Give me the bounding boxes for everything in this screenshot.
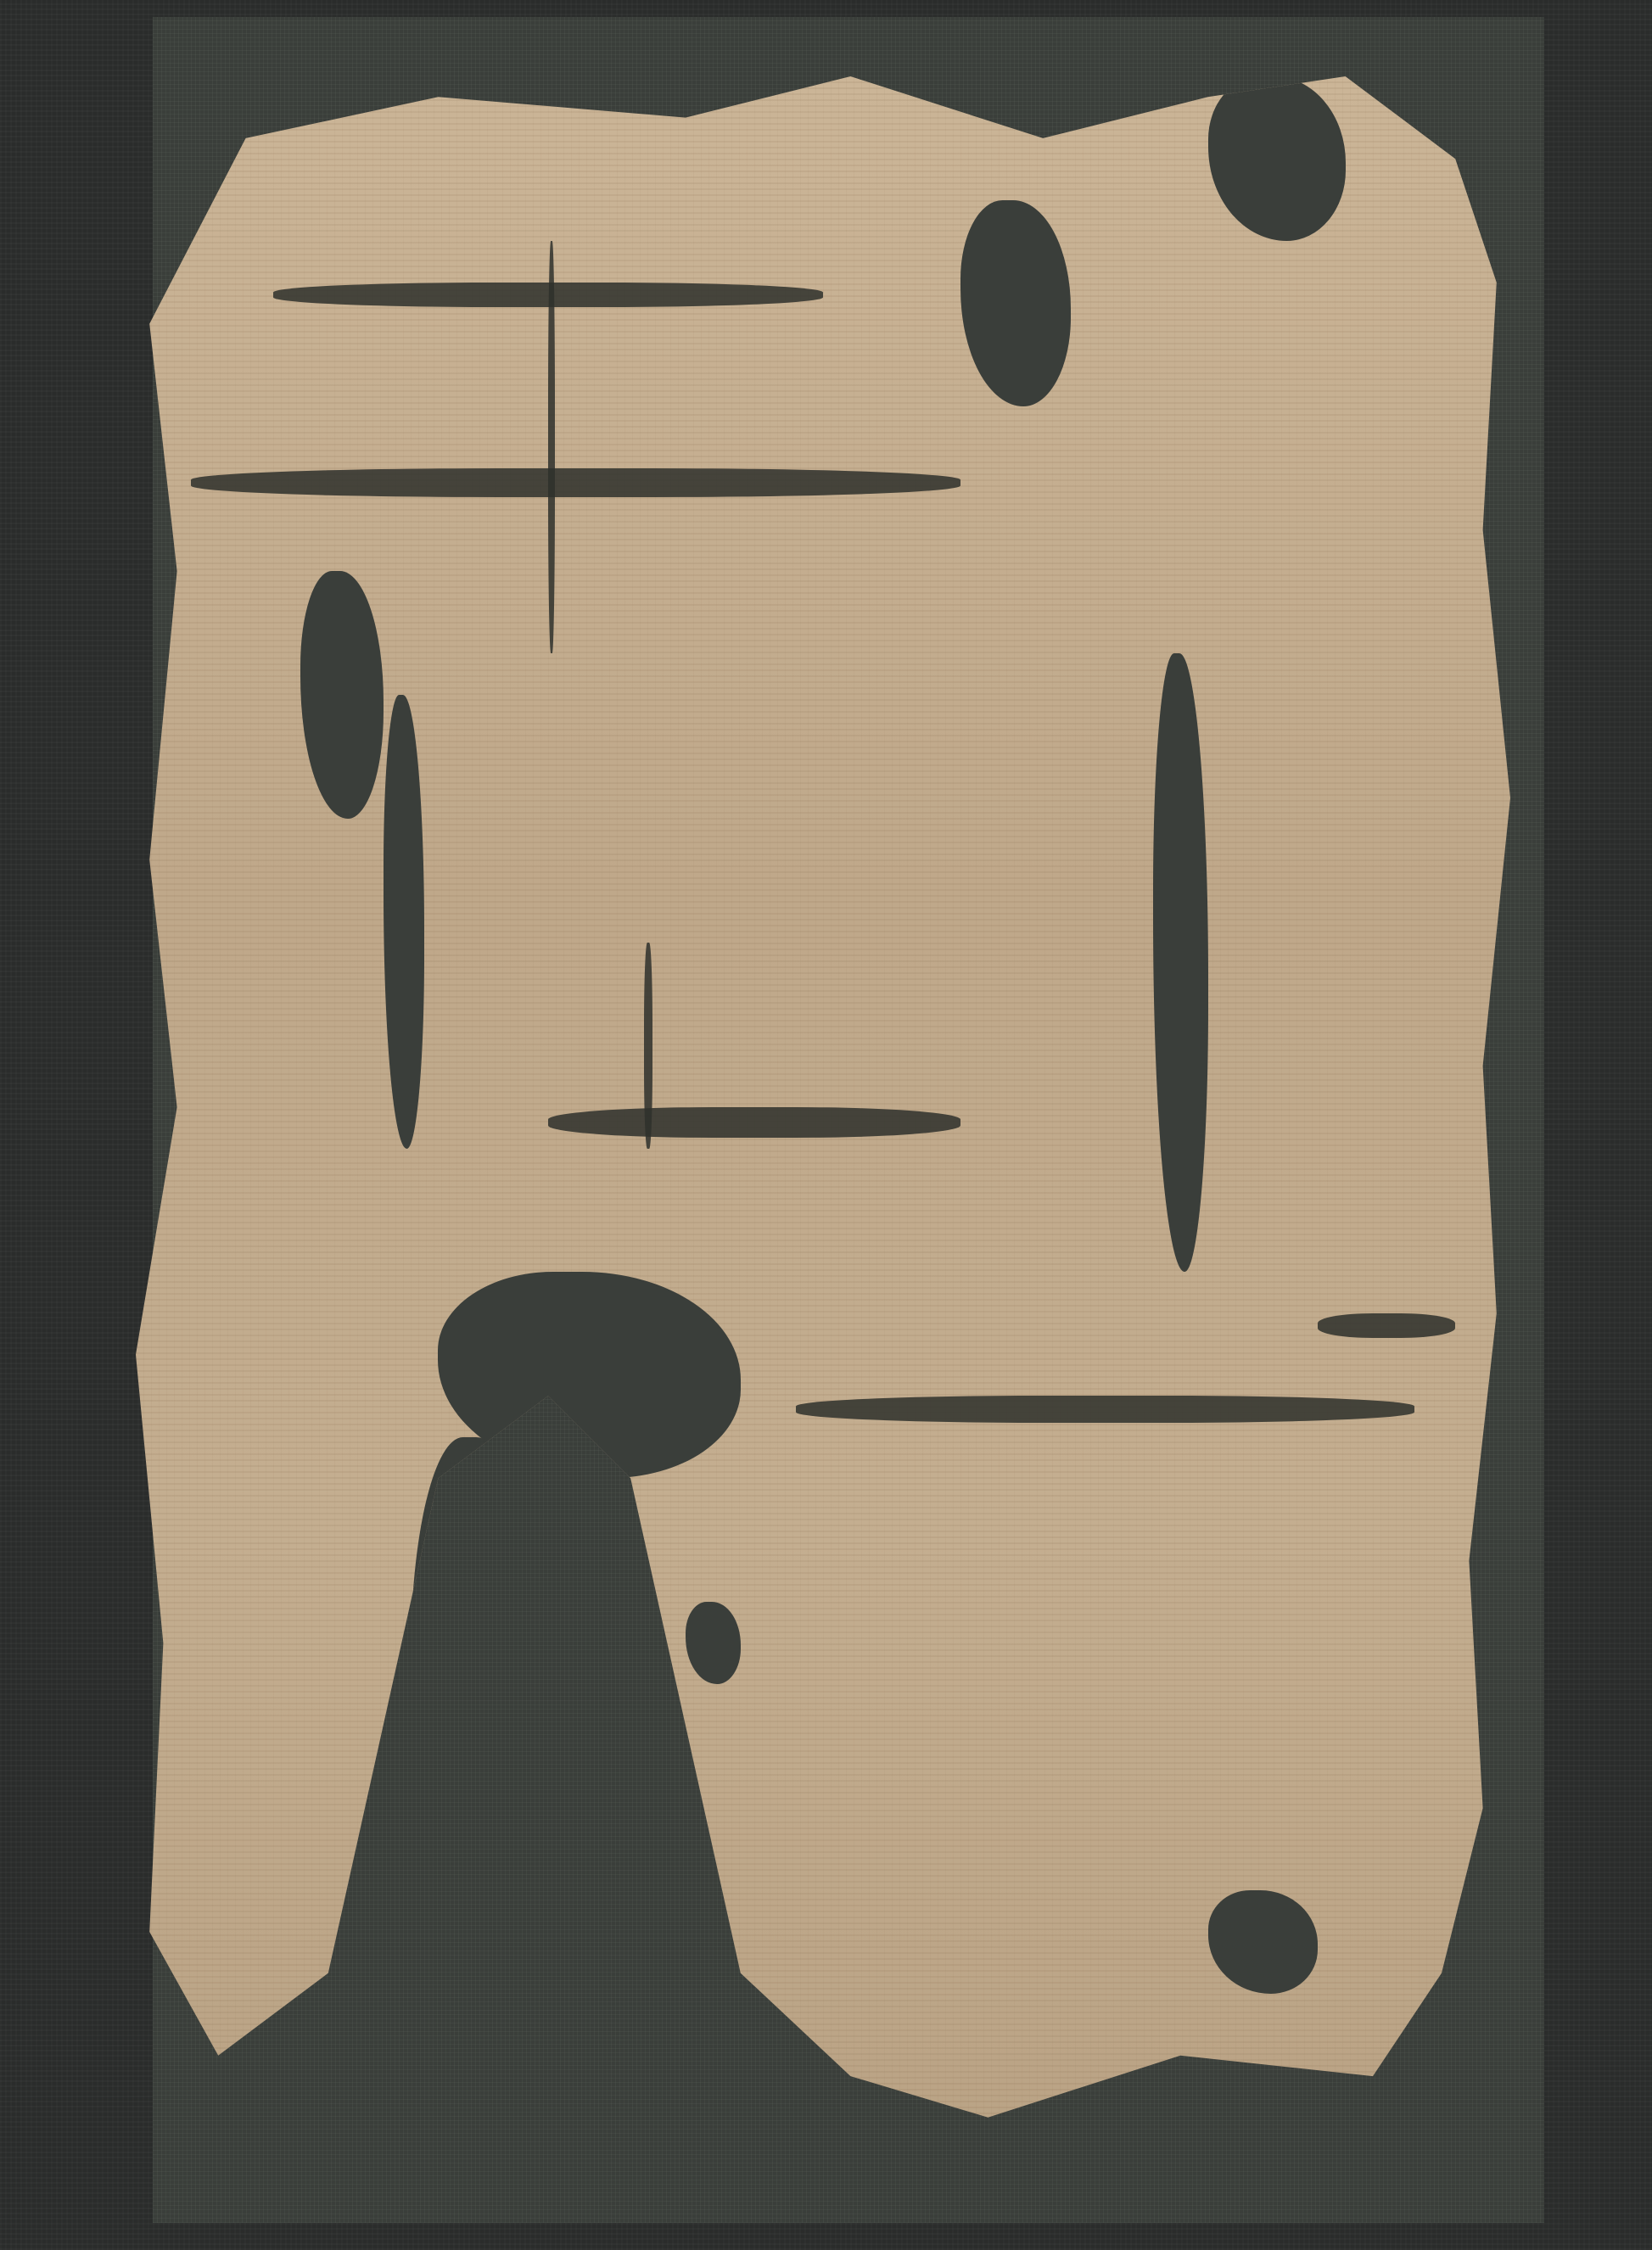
lacuna	[300, 571, 383, 819]
ink-line-4	[796, 1396, 1414, 1423]
lacuna	[960, 200, 1071, 406]
ink-line-2	[191, 468, 960, 497]
ink-vertical	[644, 943, 652, 1149]
ink-vertical	[548, 241, 555, 653]
lacuna	[384, 695, 425, 1149]
photo-background: Damaged papyrus fragment with faded dark…	[0, 0, 1652, 2250]
ink-line-3	[548, 1107, 960, 1138]
papyrus-fragment	[136, 76, 1510, 2138]
lacuna	[1208, 76, 1346, 241]
lacuna	[1153, 653, 1208, 1272]
lacuna	[686, 1602, 741, 1684]
lacuna	[1208, 1890, 1319, 1994]
ink-line-5	[1318, 1313, 1455, 1338]
